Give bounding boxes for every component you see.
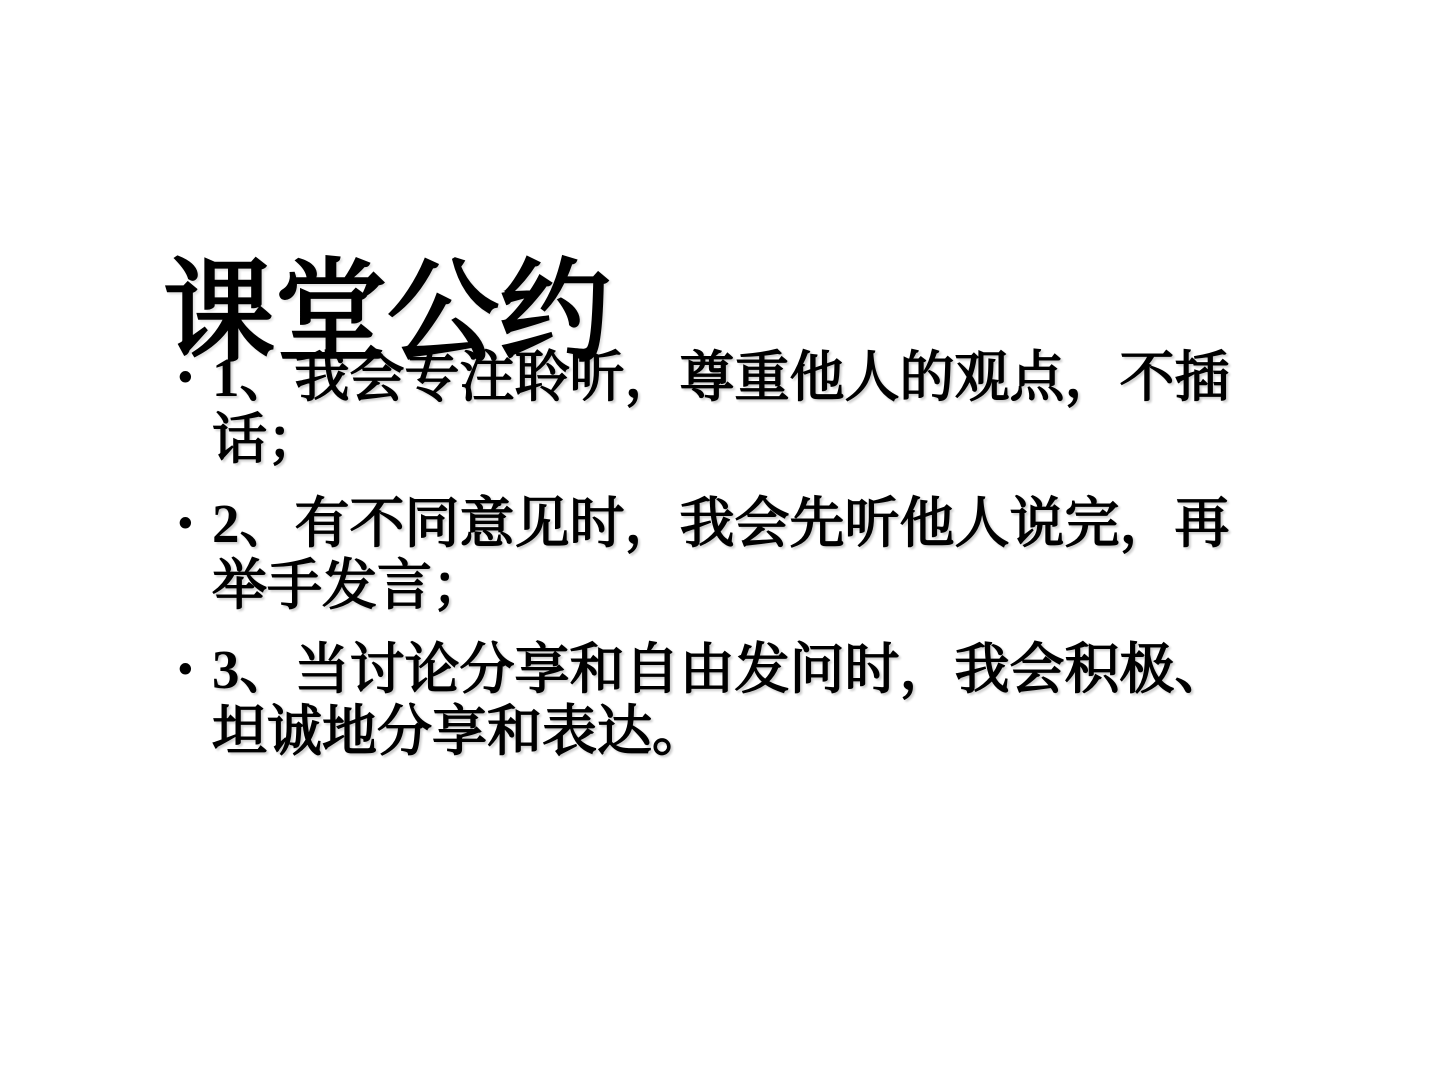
bullet-item-2: • 2、有不同意见时，我会先听他人说完，再 举手发言；	[178, 493, 1288, 617]
bullet-marker-icon: •	[178, 493, 212, 555]
bullet-item-1: • 1、我会专注聆听，尊重他人的观点，不插 话；	[178, 347, 1288, 471]
bullet-text: 2、有不同意见时，我会先听他人说完，再 举手发言；	[212, 493, 1288, 617]
bullet-item-3: • 3、当讨论分享和自由发问时，我会积极、 坦诚地分享和表达。	[178, 639, 1288, 763]
bullet-line: 举手发言；	[212, 555, 1288, 617]
bullet-line: 话；	[212, 409, 1288, 471]
bullet-line: 3、当讨论分享和自由发问时，我会积极、	[212, 639, 1288, 701]
bullet-line: 1、我会专注聆听，尊重他人的观点，不插	[212, 347, 1288, 409]
slide-canvas: 课堂公约 • 1、我会专注聆听，尊重他人的观点，不插 话； • 2、有不同意见时…	[0, 0, 1440, 1080]
bullet-marker-icon: •	[178, 639, 212, 701]
bullet-list: • 1、我会专注聆听，尊重他人的观点，不插 话； • 2、有不同意见时，我会先听…	[178, 347, 1288, 785]
bullet-marker-icon: •	[178, 347, 212, 409]
bullet-line: 2、有不同意见时，我会先听他人说完，再	[212, 493, 1288, 555]
bullet-text: 3、当讨论分享和自由发问时，我会积极、 坦诚地分享和表达。	[212, 639, 1288, 763]
bullet-line: 坦诚地分享和表达。	[212, 701, 1288, 763]
bullet-text: 1、我会专注聆听，尊重他人的观点，不插 话；	[212, 347, 1288, 471]
